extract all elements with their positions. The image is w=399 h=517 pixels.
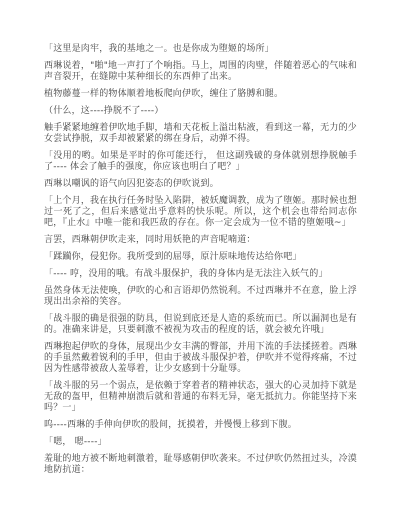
- paragraph: 言罢，西琳朝伊吹走来，同时用妖艳的声音呢喃道：: [44, 235, 357, 246]
- paragraph: 「上个月，我在执行任务时坠入陷阱，被妖魔调教，成为了堕姬。那时候也想过一死了之，…: [44, 196, 357, 229]
- paragraph: 呜----西琳的手伸向伊吹的股间，抚摸着，并慢慢上移到下腹。: [44, 420, 357, 431]
- paragraph: 「没用的哟。如果是平时的你可能还行， 但这副残破的身体就别想挣脱触手了---- …: [44, 151, 357, 173]
- paragraph: 植物藤蔓一样的物体顺着地板爬向伊吹，缠住了胳膊和腿。: [44, 89, 357, 100]
- document-page: 「这里是肉牢，我的基地之一。也是你成为堕姬的场所」 西琳说着，"啪"地一声打了个…: [0, 0, 399, 517]
- paragraph: 羞耻的地方被不断地刺激着，耻辱感朝伊吹袭来。不过伊吹仍然扭过头，冷漠地防抗道：: [44, 454, 357, 476]
- text-block: 「这里是肉牢，我的基地之一。也是你成为堕姬的场所」 西琳说着，"啪"地一声打了个…: [44, 44, 357, 482]
- paragraph: 触手紧紧地缠着伊吹地手脚，墙和天花板上溢出粘液，看到这一幕，无力的少女尝试挣脱，…: [44, 123, 357, 145]
- paragraph: 「嗯， 嗯----」: [44, 437, 357, 448]
- paragraph: 西琳说着，"啪"地一声打了个响指。马上，周围的肉壁，伴随着恶心的气味和声音裂开，…: [44, 61, 357, 83]
- paragraph: 「战斗服的确是很强的防具，但说到底还是人造的系统而已。所以漏洞也是有的。准确来讲…: [44, 314, 357, 336]
- paragraph: （什么，这----挣脱不了----）: [44, 106, 357, 117]
- paragraph: 西琳抱起伊吹的身体，展现出少女丰满的臀部，并用下流的手法揉搓着。西琳的手虽然戴着…: [44, 342, 357, 375]
- paragraph: 「这里是肉牢，我的基地之一。也是你成为堕姬的场所」: [44, 44, 357, 55]
- paragraph: 「---- 哼，没用的哦。有战斗服保护，我的身体内是无法注入妖气的」: [44, 269, 357, 280]
- paragraph: 「战斗服的另一个弱点，是依赖于穿着者的精神状态，强大的心灵加持下就是无敌的盔甲，…: [44, 381, 357, 414]
- paragraph: 西琳以嘲讽的语气向囚犯姿态的伊吹说到。: [44, 179, 357, 190]
- paragraph: 虽然身体无法使唤，伊吹的心和言语却仍然锐利。不过西琳并不在意，脸上浮现出出余裕的…: [44, 286, 357, 308]
- paragraph: 「蹂躏你，侵犯你。我所受到的屈辱，原汁原味地传达给你吧」: [44, 252, 357, 263]
